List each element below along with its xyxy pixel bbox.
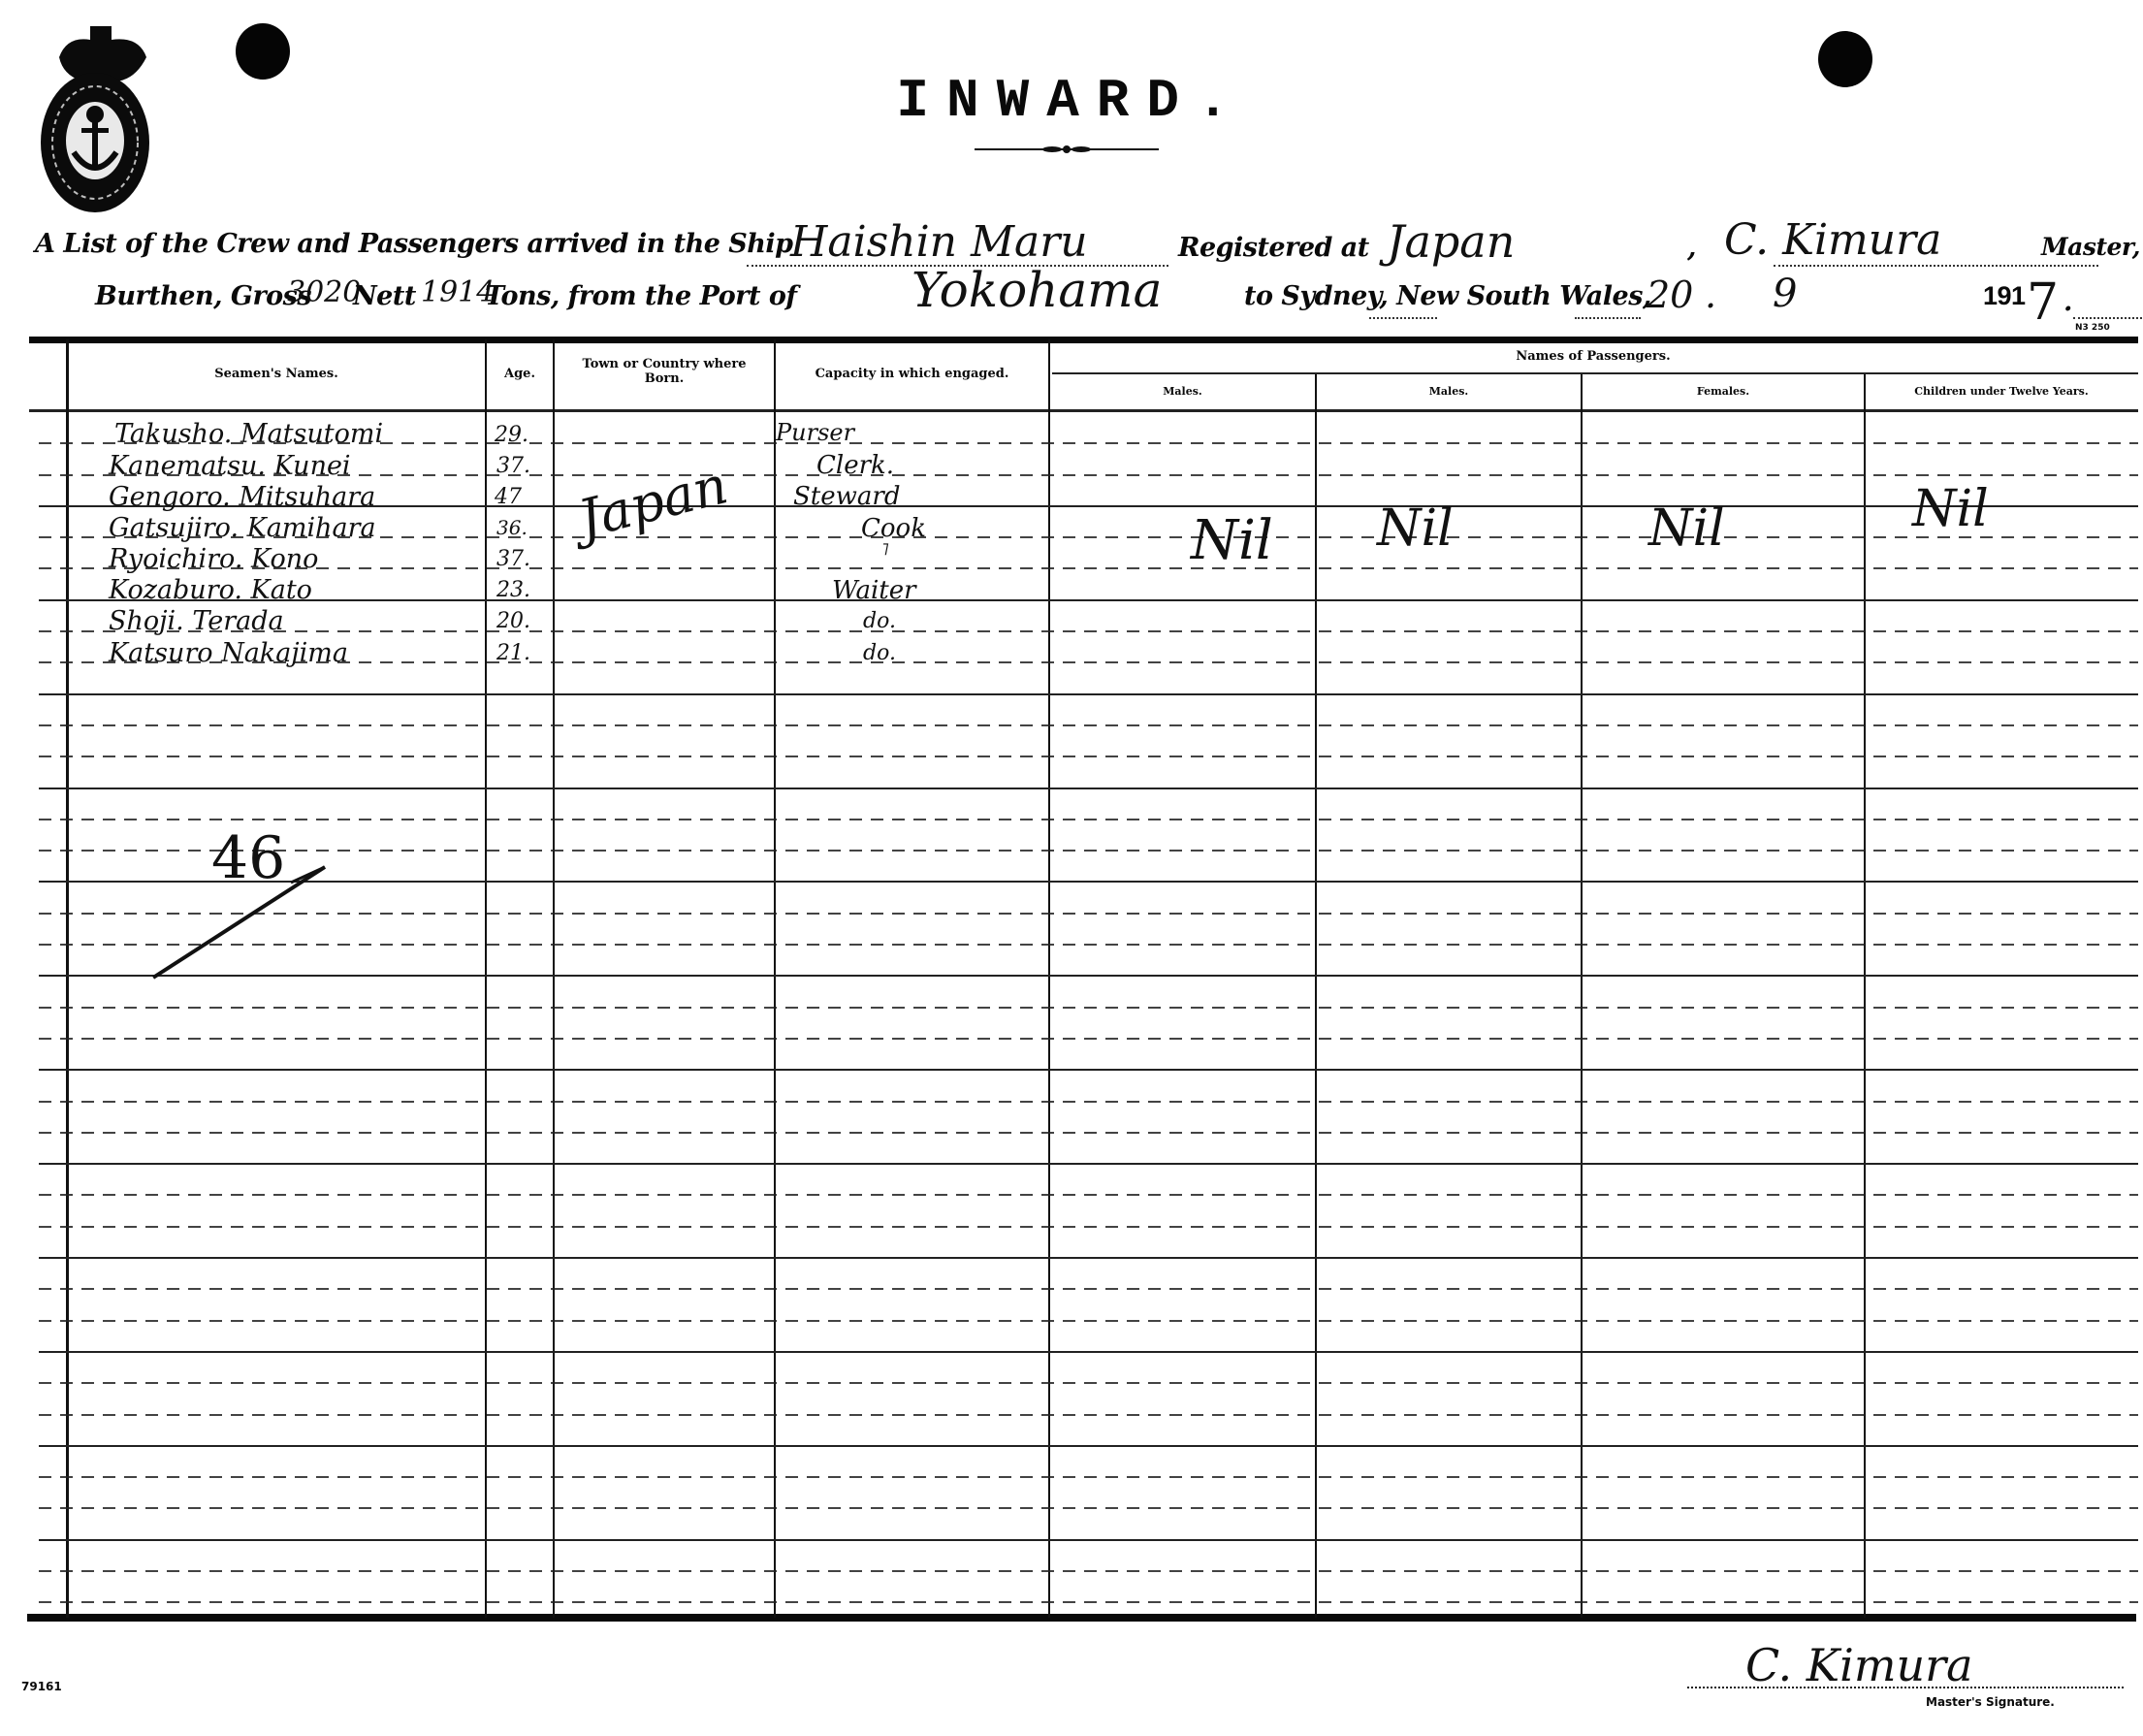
print-number: 79161 [21, 1680, 62, 1693]
gross-tons-value: 3020 [287, 275, 361, 309]
ruled-row-line [39, 724, 2138, 726]
crew-age: 21. [496, 641, 530, 665]
ruled-row-line [39, 474, 2138, 476]
ruled-row-line [39, 1414, 2138, 1416]
crew-age: 20. [496, 609, 530, 633]
ruled-row-line [39, 1194, 2138, 1196]
ruled-row-line [39, 1163, 2138, 1165]
form-code: N3 250 [2075, 323, 2110, 333]
col-border-capacity-passengers [1048, 339, 1050, 1618]
passengers-females-value: Nil [1648, 499, 1725, 558]
col-header-capacity: Capacity in which engaged. [776, 367, 1048, 381]
col-header-age: Age. [487, 367, 553, 381]
passengers-children-value: Nil [1912, 480, 1989, 538]
ruled-row-line [39, 1382, 2138, 1384]
col-header-males-2: Males. [1317, 384, 1581, 399]
ruled-row-line [39, 1101, 2138, 1103]
burthen-label: Burthen, Gross [95, 281, 311, 311]
port-value: Yokohama [912, 262, 1162, 318]
ruled-row-line [39, 1257, 2138, 1259]
date-month-value: 9 [1773, 272, 1797, 316]
col-header-children: Children under Twelve Years. [1866, 384, 2137, 399]
master-name-value: C. Kimura [1724, 215, 1941, 265]
nett-tons-value: 1914 [421, 275, 495, 309]
ruled-row-line [39, 819, 2138, 820]
table-bottom-rule [27, 1614, 2136, 1622]
crew-name: Takusho. Matsutomi [114, 419, 383, 449]
tally-slash-mark [145, 853, 339, 994]
header-prefix: A List of the Crew and Passengers arrive… [35, 229, 793, 259]
tons-from-port-label: Tons, from the Port of [485, 281, 796, 311]
document-title: INWARD. [853, 70, 1290, 132]
crew-age: 29. [495, 423, 528, 447]
crew-name: Kozaburo. Kato [109, 575, 312, 605]
col-border-males2-females [1581, 374, 1583, 1618]
col-header-town-born: Town or Country where Born. [582, 357, 747, 386]
crew-capacity: Cook [861, 514, 926, 543]
destination-label: to Sydney, New South Wales, [1244, 281, 1651, 311]
crew-name: Kanematsu. Kunei [109, 451, 351, 481]
crew-name: Gengoro. Mitsuhara [109, 482, 375, 512]
ruled-row-line [39, 1539, 2138, 1541]
crew-capacity: Steward [793, 482, 900, 511]
crew-capacity: Clerk. [816, 451, 894, 480]
col-border-left [66, 339, 69, 1618]
port-field [2073, 317, 2143, 319]
crew-name: Ryoichiro. Kono [109, 544, 318, 574]
ruled-row-line [39, 944, 2138, 946]
master-label: Master, [2041, 233, 2140, 261]
ruled-row-line [39, 913, 2138, 915]
crew-age: 23. [496, 578, 530, 602]
ruled-row-line [39, 788, 2138, 789]
passengers-males-1-value: Nil [1191, 509, 1273, 572]
year-printed: 191 [1983, 281, 2026, 311]
ship-name-value: Haishin Maru [790, 217, 1088, 267]
punch-hole-right [1818, 31, 1872, 87]
master-signature: C. Kimura [1745, 1639, 1973, 1691]
nett-label: Nett [353, 281, 416, 311]
crew-capacity-ditto: ˥ [880, 539, 889, 560]
ruled-row-line [39, 755, 2138, 757]
date-separator: . [1705, 273, 1716, 316]
crew-age: 37. [496, 454, 530, 478]
header-bottom-rule [29, 409, 2138, 412]
nett-tons-field [1575, 317, 1641, 319]
col-border-females-children [1864, 374, 1866, 1618]
anchor-crown-seal-icon [17, 21, 173, 215]
comma: , [1687, 233, 1696, 263]
registered-at-field [1774, 265, 2098, 267]
crew-capacity: Purser [776, 419, 854, 446]
ruled-row-line [39, 1507, 2138, 1509]
crew-age: 47 [495, 485, 522, 509]
ruled-row-line [39, 1132, 2138, 1134]
header-line-1: A List of the Crew and Passengers arrive… [35, 229, 793, 259]
title-ornament-rule [975, 142, 1159, 151]
ruled-row-line [39, 1320, 2138, 1322]
ruled-row-line [39, 1445, 2138, 1447]
col-header-passengers-group: Names of Passengers. [1050, 349, 2136, 364]
year-handwritten: 7 [2027, 273, 2059, 332]
col-header-seamen-names: Seamen's Names. [68, 367, 485, 381]
crew-capacity: do. [863, 641, 896, 665]
col-border-names-age [485, 339, 487, 1618]
registered-at-value: Japan [1387, 215, 1515, 268]
col-header-females: Females. [1583, 384, 1864, 399]
ruled-row-line [39, 599, 2138, 601]
ruled-row-line [39, 1226, 2138, 1228]
ruled-row-line [39, 1476, 2138, 1478]
col-border-town-capacity [774, 339, 776, 1618]
ruled-row-line [39, 1069, 2138, 1071]
year-period: . [2063, 287, 2072, 317]
ruled-row-line [39, 850, 2138, 852]
crew-name: Gatsujiro. Kamihara [109, 513, 376, 543]
ruled-row-line [39, 693, 2138, 695]
registered-label: Registered at [1178, 233, 1369, 263]
ruled-row-line [39, 1038, 2138, 1040]
crew-name: Katsuro Nakajima [109, 638, 348, 668]
punch-hole-left [236, 23, 290, 80]
table-top-rule [29, 337, 2138, 343]
ruled-row-line [39, 1601, 2138, 1603]
ruled-row-line [39, 661, 2138, 663]
gross-tons-field [1369, 317, 1437, 319]
col-border-age-town [553, 339, 555, 1618]
crew-capacity: do. [863, 609, 896, 633]
crew-name: Shoji. Terada [109, 606, 284, 636]
ruled-row-line [39, 1288, 2138, 1290]
date-day-value: 20 [1647, 273, 1693, 316]
ruled-row-line [39, 630, 2138, 632]
passengers-males-2-value: Nil [1377, 499, 1454, 558]
ruled-row-line [39, 881, 2138, 883]
passengers-subheader-rule [1052, 372, 2138, 374]
crew-age: 36. [496, 516, 528, 539]
signature-label: Master's Signature. [1926, 1695, 2055, 1709]
col-header-males-1: Males. [1050, 384, 1315, 399]
ruled-row-line [39, 975, 2138, 977]
ruled-row-line [39, 1351, 2138, 1353]
col-border-males1-males2 [1315, 374, 1317, 1618]
ruled-row-line [39, 567, 2138, 569]
crew-age: 37. [496, 547, 530, 571]
crew-capacity: Waiter [832, 576, 916, 605]
ruled-row-line [39, 1570, 2138, 1572]
ruled-row-line [39, 1007, 2138, 1009]
